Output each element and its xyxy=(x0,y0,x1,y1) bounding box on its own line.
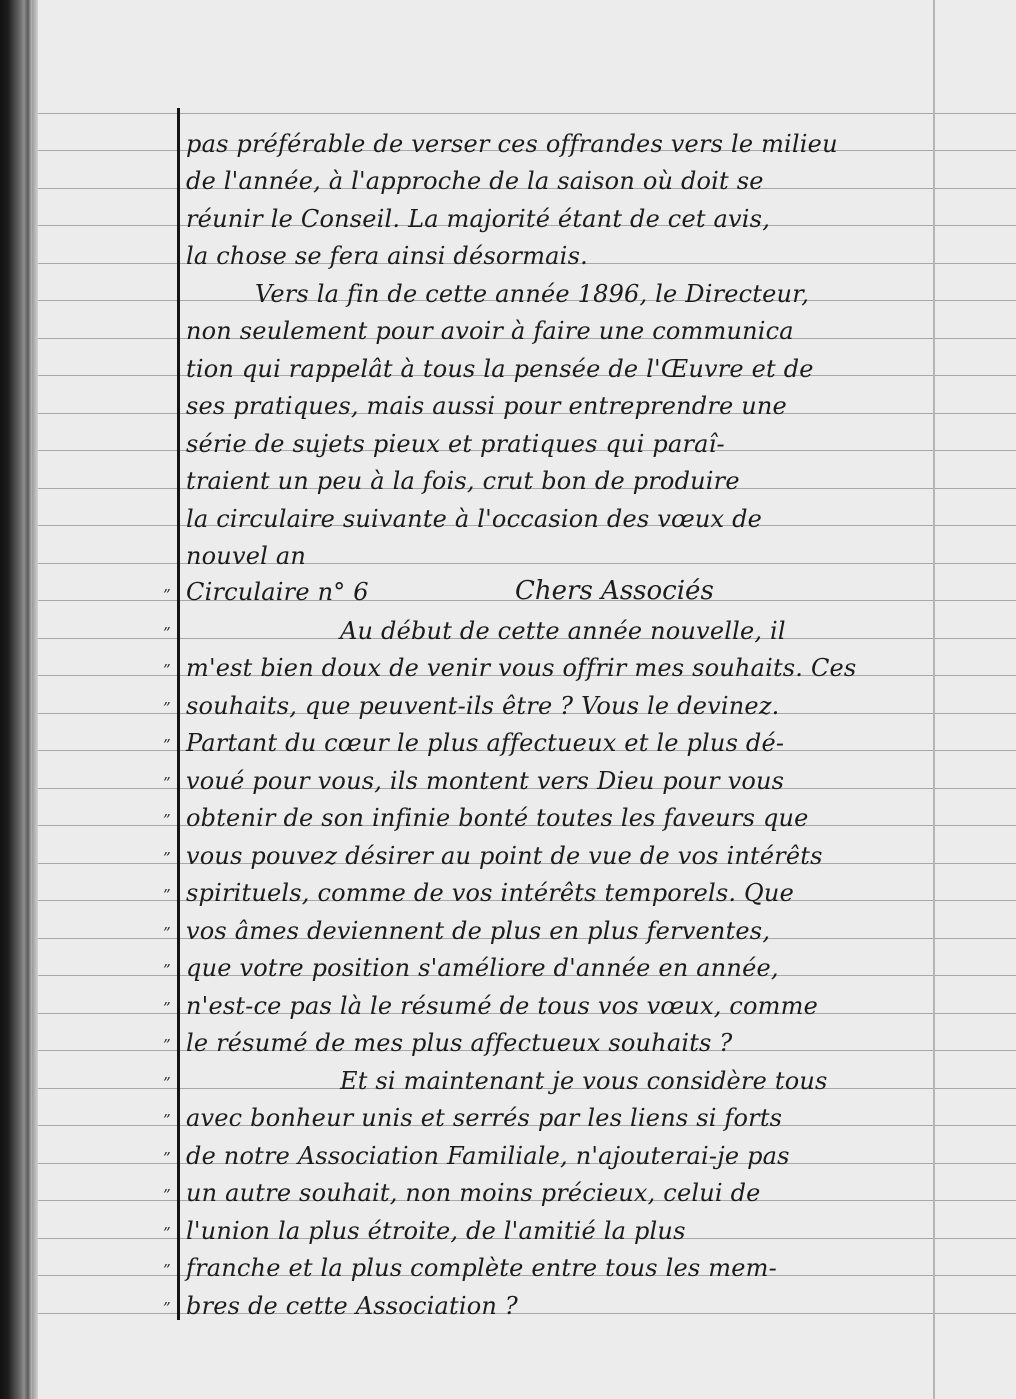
text-line: ses pratiques, mais aussi pour entrepren… xyxy=(186,394,931,418)
ditto-mark: ” xyxy=(163,1001,177,1016)
ditto-mark: ” xyxy=(163,813,177,828)
text-line: Vers la fin de cette année 1896, le Dire… xyxy=(255,282,1000,306)
ditto-mark: ” xyxy=(163,1076,177,1091)
ditto-mark: ” xyxy=(163,926,177,941)
text-line: non seulement pour avoir à faire une com… xyxy=(186,319,931,343)
text-line: obtenir de son infinie bonté toutes les … xyxy=(186,806,931,830)
text-line: m'est bien doux de venir vous offrir mes… xyxy=(186,656,931,680)
ditto-mark: ” xyxy=(163,963,177,978)
salutation: Chers Associés xyxy=(515,578,714,604)
ditto-mark: ” xyxy=(163,738,177,753)
ditto-mark: ” xyxy=(163,626,177,641)
ditto-mark: ” xyxy=(163,1113,177,1128)
text-line: vos âmes deviennent de plus en plus ferv… xyxy=(186,919,931,943)
text-line: la circulaire suivante à l'occasion des … xyxy=(186,507,931,531)
text-line: souhaits, que peuvent-ils être ? Vous le… xyxy=(186,694,931,718)
text-line: nouvel an xyxy=(186,544,931,568)
ditto-mark: ” xyxy=(163,1301,177,1316)
text-line: la chose se fera ainsi désormais. xyxy=(186,244,931,268)
ditto-mark: ” xyxy=(163,1151,177,1166)
text-line: bres de cette Association ? xyxy=(186,1294,931,1318)
text-line: traient un peu à la fois, crut bon de pr… xyxy=(186,469,931,493)
ditto-mark: ” xyxy=(163,888,177,903)
ditto-mark: ” xyxy=(163,1038,177,1053)
text-line: Partant du cœur le plus affectueux et le… xyxy=(186,731,931,755)
text-line: le résumé de mes plus affectueux souhait… xyxy=(186,1031,931,1055)
text-line: de notre Association Familiale, n'ajoute… xyxy=(186,1144,931,1168)
ditto-mark: ” xyxy=(163,776,177,791)
text-line: un autre souhait, non moins précieux, ce… xyxy=(186,1181,931,1205)
margin-line xyxy=(177,108,180,1320)
text-line: voué pour vous, ils montent vers Dieu po… xyxy=(186,769,931,793)
ditto-mark: ” xyxy=(163,1226,177,1241)
text-line: avec bonheur unis et serrés par les lien… xyxy=(186,1106,931,1130)
ditto-mark: ” xyxy=(163,1188,177,1203)
right-margin-rule xyxy=(933,0,935,1399)
ruled-line xyxy=(38,113,1016,114)
text-line: que votre position s'améliore d'année en… xyxy=(186,956,931,980)
ditto-mark: ” xyxy=(163,701,177,716)
ditto-mark: ” xyxy=(163,851,177,866)
text-line: vous pouvez désirer au point de vue de v… xyxy=(186,844,931,868)
text-line: spirituels, comme de vos intérêts tempor… xyxy=(186,881,931,905)
text-line: pas préférable de verser ces offrandes v… xyxy=(186,132,931,156)
text-line: n'est-ce pas là le résumé de tous vos vœ… xyxy=(186,994,931,1018)
text-line: Et si maintenant je vous considère tous xyxy=(340,1069,1016,1093)
text-line: série de sujets pieux et pratiques qui p… xyxy=(186,432,931,456)
text-line: l'union la plus étroite, de l'amitié la … xyxy=(186,1219,931,1243)
text-line: de l'année, à l'approche de la saison où… xyxy=(186,169,931,193)
text-line: tion qui rappelât à tous la pensée de l'… xyxy=(186,357,931,381)
book-binding xyxy=(0,0,32,1399)
text-line: franche et la plus complète entre tous l… xyxy=(186,1256,931,1280)
ditto-mark: ” xyxy=(163,1263,177,1278)
ditto-mark: ” xyxy=(163,663,177,678)
text-line: réunir le Conseil. La majorité étant de … xyxy=(186,207,931,231)
ditto-mark: ” xyxy=(163,588,177,603)
text-line: Au début de cette année nouvelle, il xyxy=(340,619,1016,643)
